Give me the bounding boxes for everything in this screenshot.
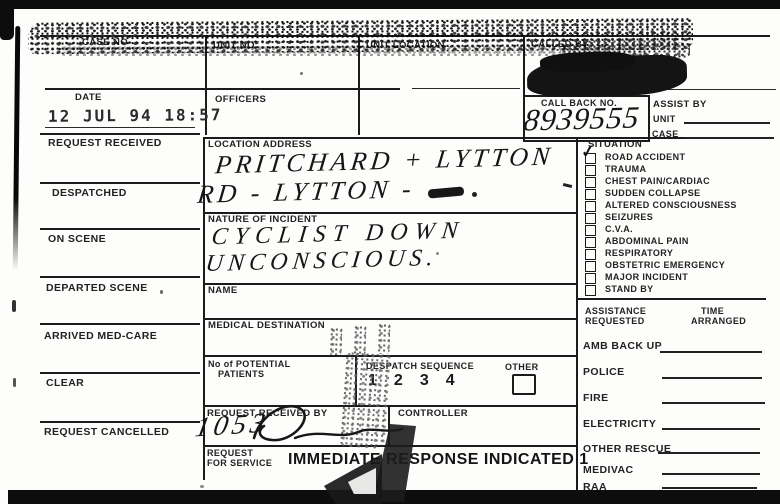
timeline-request-cancelled: REQUEST CANCELLED — [44, 426, 169, 438]
date-label: DATE — [75, 92, 102, 103]
middle-h-283 — [203, 283, 576, 285]
assistance-line-police — [662, 377, 762, 379]
timeline-line-0 — [40, 133, 200, 135]
situation-item-stand-by: STAND BY — [605, 284, 654, 294]
pen-dot — [472, 192, 477, 197]
location-handwriting-2: RD - LYTTON - — [196, 174, 417, 210]
timeline-line-4 — [40, 323, 200, 325]
situation-checkbox-stand-by — [585, 285, 596, 296]
situation-checkbox-cva — [585, 225, 596, 236]
situation-item-seizures: SEIZURES — [605, 212, 653, 222]
officers-label: OFFICERS — [215, 94, 266, 105]
pen-scribble — [428, 186, 465, 198]
timeline-despatched: DESPATCHED — [52, 187, 127, 199]
assist-by-label: ASSIST BY — [653, 99, 707, 110]
ink-stamp-arrow — [318, 424, 436, 504]
situation-checkbox-trauma — [585, 165, 596, 176]
assistance-item-police: POLICE — [583, 366, 625, 378]
situation-item-sudden-collapse: SUDDEN COLLAPSE — [605, 188, 701, 198]
despatch-number-4: 4 — [446, 372, 455, 389]
timeline-line-1 — [40, 182, 200, 184]
situation-checkbox-respiratory — [585, 249, 596, 260]
assistance-line-electricity — [662, 428, 760, 430]
assistance-item-electricity: ELECTRICITY — [583, 418, 656, 430]
despatch-number-3: 3 — [420, 372, 429, 389]
situation-item-respiratory: RESPIRATORY — [605, 248, 673, 258]
potential-patients-label-2: PATIENTS — [218, 369, 264, 379]
timeline-clear: CLEAR — [46, 377, 84, 389]
assist-case-label: CASE — [652, 129, 679, 139]
situation-checkbox-altered-consciousness — [585, 201, 596, 212]
scan-line-left — [13, 26, 21, 271]
scanned-dispatch-form: CASE No UNIT No. UNIT LOCATION CALLED BY… — [0, 0, 780, 504]
date-stamp-underline — [45, 127, 195, 128]
timeline-line-6 — [40, 421, 200, 423]
medical-destination-label: MEDICAL DESTINATION — [208, 320, 325, 331]
timeline-request-received: REQUEST RECEIVED — [48, 137, 162, 149]
timeline-line-3 — [40, 276, 200, 278]
assistance-line-medivac — [662, 473, 760, 475]
assistance-line-raa — [662, 487, 757, 489]
scan-dot-4 — [200, 485, 204, 488]
checkmark: ✓ — [580, 141, 597, 163]
time-arranged-header-1: TIME — [701, 306, 724, 316]
assist-unit-label: UNIT — [653, 114, 676, 124]
assistance-requested-header-2: REQUESTED — [585, 316, 645, 326]
ink-stamp-bar-1 — [329, 327, 343, 355]
assistance-line-fire — [662, 402, 765, 404]
incident-handwriting-2: UNCONSCIOUS. — [204, 245, 439, 278]
situation-bottom-line — [576, 298, 766, 300]
ink-stamp-bar-3 — [376, 323, 390, 354]
grid-h1a — [45, 88, 400, 90]
assistance-line-amb — [660, 351, 762, 353]
scan-edge-top — [0, 0, 780, 9]
name-label: NAME — [208, 285, 238, 296]
situation-item-altered-consciousness: ALTERED CONSCIOUSNESS — [605, 200, 737, 210]
situation-checkbox-sudden-collapse — [585, 189, 596, 200]
situation-item-trauma: TRAUMA — [605, 164, 646, 174]
situation-checkbox-abdominal-pain — [585, 237, 596, 248]
scan-edge-corner — [0, 0, 14, 40]
scan-line-left-dot2 — [13, 378, 16, 387]
scan-line-left-dot — [12, 300, 16, 312]
scan-dot-3 — [160, 290, 163, 294]
situation-checkbox-seizures — [585, 213, 596, 224]
assistance-item-medivac: MEDIVAC — [583, 464, 633, 476]
grid-h1b — [412, 88, 520, 89]
situation-item-obstetric: OBSTETRIC EMERGENCY — [605, 260, 725, 270]
situation-label: SITUATION — [588, 139, 642, 150]
other-label: OTHER — [505, 362, 539, 372]
timeline-line-5 — [40, 372, 200, 374]
situation-item-abdominal-pain: ABDOMINAL PAIN — [605, 236, 689, 246]
other-checkbox — [512, 374, 536, 395]
assist-case-line — [684, 137, 774, 139]
request-for-service-label-2: FOR SERVICE — [207, 458, 272, 468]
timeline-arrived-med-care: ARRIVED MED-CARE — [44, 330, 157, 342]
timeline-departed-scene: DEPARTED SCENE — [46, 282, 148, 294]
assist-unit-line — [684, 122, 770, 124]
assistance-requested-header-1: ASSISTANCE — [585, 306, 646, 316]
time-arranged-header-2: ARRANGED — [691, 316, 746, 326]
situation-item-chest-pain: CHEST PAIN/CARDIAC — [605, 176, 710, 186]
timeline-on-scene: ON SCENE — [48, 233, 106, 245]
despatch-number-2: 2 — [394, 372, 403, 389]
timeline-line-2 — [40, 228, 200, 230]
call-back-value: 8939555 — [522, 99, 642, 138]
assistance-item-amb-back-up: AMB BACK UP — [583, 340, 662, 352]
scan-dot-1 — [300, 72, 303, 75]
situation-checkbox-chest-pain — [585, 177, 596, 188]
situation-item-major-incident: MAJOR INCIDENT — [605, 272, 688, 282]
assistance-item-raa: RAA — [583, 481, 607, 493]
situation-item-road-accident: ROAD ACCIDENT — [605, 152, 685, 162]
scan-dot-2 — [436, 252, 439, 255]
callback-box-right — [648, 95, 650, 142]
situation-checkbox-obstetric — [585, 261, 596, 272]
assistance-item-fire: FIRE — [583, 392, 609, 404]
situation-item-cva: C.V.A. — [605, 224, 633, 234]
assistance-line-other-rescue — [658, 452, 760, 454]
date-time-stamp: 12 JUL 94 18:57 — [48, 105, 223, 126]
pen-tick-mark — [563, 183, 572, 188]
situation-checkbox-major-incident — [585, 273, 596, 284]
right-col-border — [576, 137, 578, 490]
potential-patients-label-1: No of POTENTIAL — [208, 359, 291, 369]
